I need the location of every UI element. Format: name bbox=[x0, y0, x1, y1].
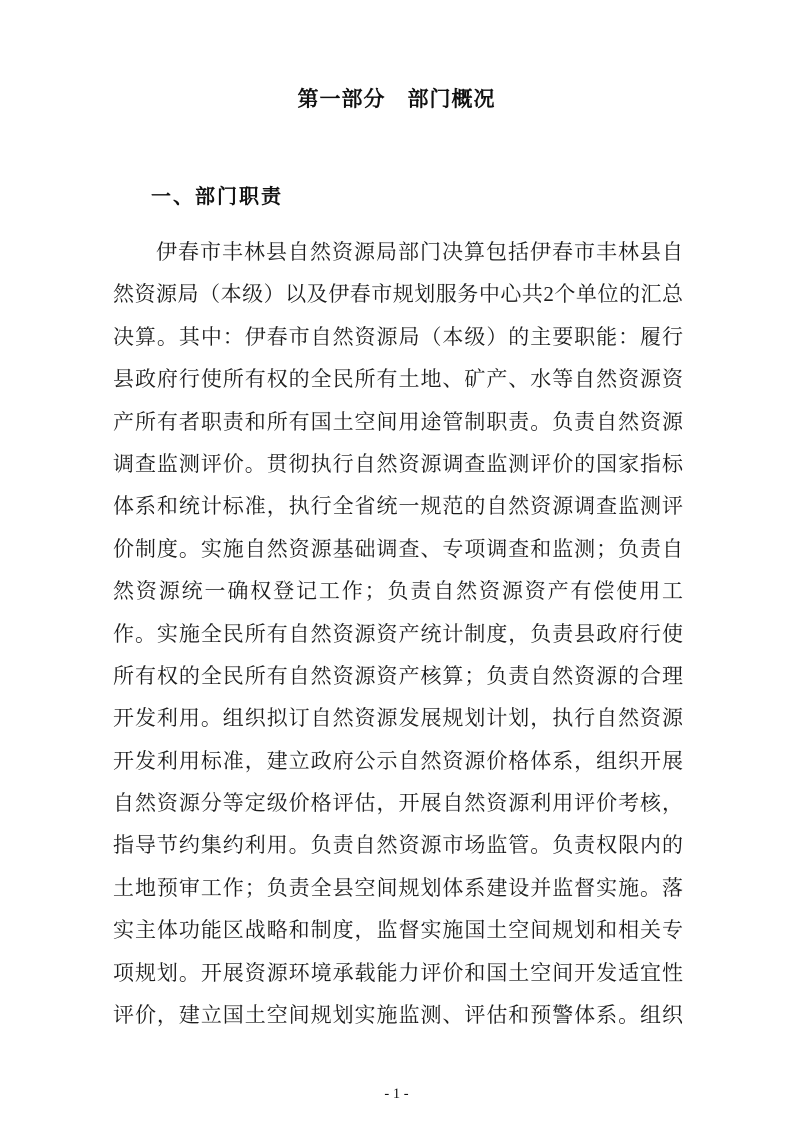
page-number: - 1 - bbox=[0, 1086, 793, 1103]
paragraph-line: 价制度。实施自然资源基础调查、专项调查和监测；负责自 bbox=[113, 528, 683, 570]
paragraph-line: 然资源统一确权登记工作；负责自然资源资产有偿使用工 bbox=[113, 570, 683, 612]
section-heading: 一、部门职责 bbox=[151, 180, 283, 209]
paragraph-line: 体系和统计标准，执行全省统一规范的自然资源调查监测评 bbox=[113, 485, 683, 527]
document-title: 第一部分 部门概况 bbox=[0, 83, 793, 113]
paragraph-line: 开发利用标准，建立政府公示自然资源价格体系，组织开展 bbox=[113, 740, 683, 782]
paragraph-line: 产所有者职责和所有国土空间用途管制职责。负责自然资源 bbox=[113, 401, 683, 443]
paragraph-line: 决算。其中：伊春市自然资源局（本级）的主要职能：履行 bbox=[113, 316, 683, 358]
paragraph-line: 开发利用。组织拟订自然资源发展规划计划，执行自然资源 bbox=[113, 697, 683, 739]
paragraph-line: 然资源局（本级）以及伊春市规划服务中心共2个单位的汇总 bbox=[113, 273, 683, 315]
paragraph-line: 评价，建立国土空间规划实施监测、评估和预警体系。组织 bbox=[113, 994, 683, 1036]
paragraph-line: 调查监测评价。贯彻执行自然资源调查监测评价的国家指标 bbox=[113, 443, 683, 485]
paragraph-line: 县政府行使所有权的全民所有土地、矿产、水等自然资源资 bbox=[113, 358, 683, 400]
paragraph-line: 土地预审工作；负责全县空间规划体系建设并监督实施。落 bbox=[113, 867, 683, 909]
paragraph-line: 作。实施全民所有自然资源资产统计制度，负责县政府行使 bbox=[113, 613, 683, 655]
paragraph-line: 伊春市丰林县自然资源局部门决算包括伊春市丰林县自 bbox=[113, 231, 683, 273]
paragraph-line: 项规划。开展资源环境承载能力评价和国土空间开发适宜性 bbox=[113, 952, 683, 994]
paragraph-line: 所有权的全民所有自然资源资产核算；负责自然资源的合理 bbox=[113, 655, 683, 697]
paragraph-line: 实主体功能区战略和制度，监督实施国土空间规划和相关专 bbox=[113, 909, 683, 951]
body-paragraph: 伊春市丰林县自然资源局部门决算包括伊春市丰林县自 然资源局（本级）以及伊春市规划… bbox=[113, 231, 683, 1036]
paragraph-line: 指导节约集约利用。负责自然资源市场监管。负责权限内的 bbox=[113, 824, 683, 866]
paragraph-line: 自然资源分等定级价格评估，开展自然资源利用评价考核， bbox=[113, 782, 683, 824]
document-page: 第一部分 部门概况 一、部门职责 伊春市丰林县自然资源局部门决算包括伊春市丰林县… bbox=[0, 0, 793, 1122]
